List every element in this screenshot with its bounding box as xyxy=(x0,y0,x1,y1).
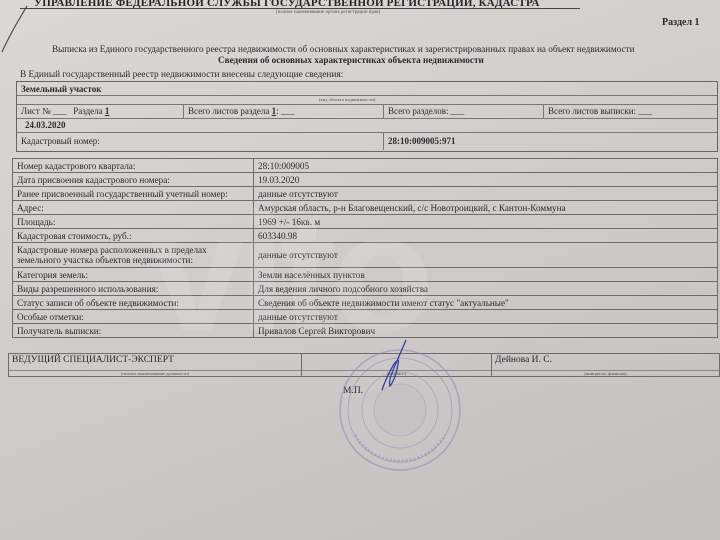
position-caption: (полное наименование должности) xyxy=(9,370,301,376)
row-label: Номер кадастрового квартала: xyxy=(13,159,254,173)
row-value: данные отсутствуют xyxy=(254,310,718,324)
row-label: Дата присвоения кадастрового номера: xyxy=(13,173,254,187)
sheet-number-label: Лист № xyxy=(21,106,51,116)
cadastral-number-value: 28:10:009005:971 xyxy=(383,132,717,150)
table-row: Кадастровые номера расположенных в преде… xyxy=(13,243,718,268)
total-sheets-section-suffix: : ___ xyxy=(276,106,294,116)
table-row: Виды разрешенного использования:Для веде… xyxy=(13,282,718,296)
total-sheets-extract-value: ___ xyxy=(638,106,652,116)
object-type-caption: (вид объекта недвижимости) xyxy=(315,95,375,104)
object-type-row: Земельный участок xyxy=(17,82,717,96)
section-value: 1 xyxy=(105,106,110,116)
pen-mark xyxy=(0,0,60,60)
date-row: 24.03.2020 xyxy=(17,118,717,133)
table-row: Кадастровая стоимость, руб.:603340.98 xyxy=(13,229,718,243)
row-label: Адрес: xyxy=(13,201,254,215)
section-label: Раздел 1 xyxy=(662,17,700,28)
object-header-block: Земельный участок (вид объекта недвижимо… xyxy=(16,81,718,152)
row-value: 28:10:009005 xyxy=(254,159,718,173)
table-row: Адрес:Амурская область, р-н Благовещенск… xyxy=(13,201,718,215)
row-value: Привалов Сергей Викторович xyxy=(254,324,718,338)
row-label: Кадастровые номера расположенных в преде… xyxy=(13,243,254,268)
total-sheets-extract-cell: Всего листов выписки: ___ xyxy=(543,104,717,118)
org-caption: (полное наименование органа регистрации … xyxy=(276,10,380,15)
section-label: Раздела xyxy=(73,106,102,116)
position-title: ВЕДУЩИЙ СПЕЦИАЛИСТ-ЭКСПЕРТ xyxy=(12,355,174,365)
table-row: Статус записи об объекте недвижимости:Св… xyxy=(13,296,718,310)
signature-icon xyxy=(372,338,422,393)
row-value: Земли населённых пунктов xyxy=(254,268,718,282)
document-subtitle: Сведения об основных характеристиках объ… xyxy=(218,55,484,65)
row-value: 603340.98 xyxy=(254,229,718,243)
total-sections-label: Всего разделов: xyxy=(388,106,449,116)
object-type: Земельный участок xyxy=(17,82,717,95)
row-label: Получатель выписки: xyxy=(13,324,254,338)
row-label: Статус записи об объекте недвижимости: xyxy=(13,296,254,310)
row-label: Кадастровая стоимость, руб.: xyxy=(13,229,254,243)
table-row: Особые отметки:данные отсутствуют xyxy=(13,310,718,324)
row-value: Для ведения личного подсобного хозяйства xyxy=(254,282,718,296)
document-page: УПРАВЛЕНИЕ ФЕДЕРАЛЬНОЙ СЛУЖБЫ ГОСУДАРСТВ… xyxy=(0,0,720,540)
position-cell: ВЕДУЩИЙ СПЕЦИАЛИСТ-ЭКСПЕРТ (полное наиме… xyxy=(9,354,301,376)
sheet-number-cell: Лист № ___ Раздела 1 xyxy=(17,104,183,118)
table-row: Категория земель:Земли населённых пункто… xyxy=(13,268,718,282)
row-value: 19.03.2020 xyxy=(254,173,718,187)
total-sheets-extract-label: Всего листов выписки: xyxy=(548,106,636,116)
row-value: данные отсутствуют xyxy=(254,243,718,268)
org-underline xyxy=(20,8,580,9)
sheet-number-value: ___ xyxy=(53,106,67,116)
cadastral-number-row: Кадастровый номер: 28:10:009005:971 xyxy=(17,132,717,150)
row-label: Особые отметки: xyxy=(13,310,254,324)
row-label: Категория земель: xyxy=(13,268,254,282)
signer-name: Дейнова И. С. xyxy=(495,355,552,365)
total-sheets-section-cell: Всего листов раздела 1: ___ xyxy=(183,104,383,118)
total-sheets-section-label: Всего листов раздела xyxy=(188,106,269,116)
name-cell: Дейнова И. С. (инициалы, фамилия) xyxy=(491,354,719,376)
sheets-row: Лист № ___ Раздела 1 Всего листов раздел… xyxy=(17,104,717,119)
table-row: Дата присвоения кадастрового номера:19.0… xyxy=(13,173,718,187)
row-label: Площадь: xyxy=(13,215,254,229)
row-value: Сведения об объекте недвижимости имеют с… xyxy=(254,296,718,310)
row-value: данные отсутствуют xyxy=(254,187,718,201)
total-sections-cell: Всего разделов: ___ xyxy=(383,104,543,118)
table-row: Ранее присвоенный государственный учетны… xyxy=(13,187,718,201)
characteristics-table: Номер кадастрового квартала:28:10:009005… xyxy=(12,158,718,338)
table-row: Площадь:1969 +/- 16кв. м xyxy=(13,215,718,229)
document-title: Выписка из Единого государственного реес… xyxy=(52,44,635,54)
row-value: Амурская область, р-н Благовещенский, с/… xyxy=(254,201,718,215)
extract-date: 24.03.2020 xyxy=(21,118,66,132)
cadastral-number-label: Кадастровый номер: xyxy=(17,132,383,150)
total-sections-value: ___ xyxy=(451,106,465,116)
row-label: Ранее присвоенный государственный учетны… xyxy=(13,187,254,201)
table-row: Номер кадастрового квартала:28:10:009005 xyxy=(13,159,718,173)
row-value: 1969 +/- 16кв. м xyxy=(254,215,718,229)
row-label: Виды разрешенного использования: xyxy=(13,282,254,296)
table-row: Получатель выписки:Привалов Сергей Викто… xyxy=(13,324,718,338)
intro-text: В Единый государственный реестр недвижим… xyxy=(20,70,343,80)
name-caption: (инициалы, фамилия) xyxy=(492,370,719,376)
